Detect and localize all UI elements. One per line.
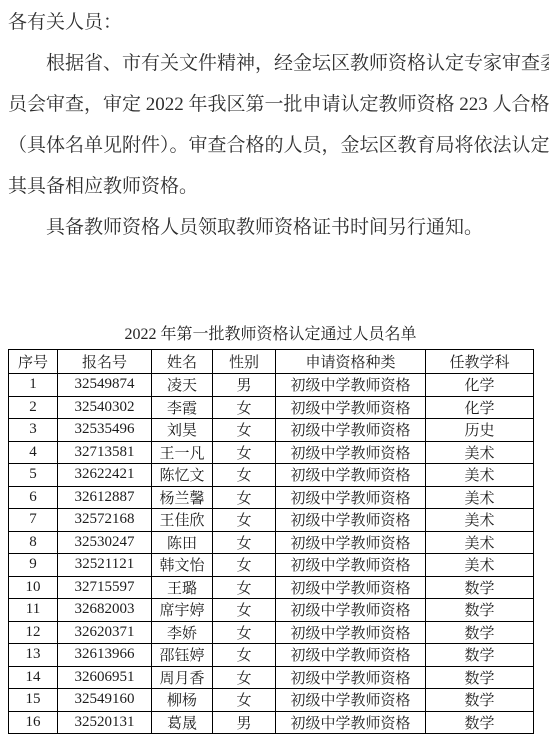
table-cell: 6 <box>9 486 58 509</box>
table-cell: 初级中学教师资格 <box>276 419 426 442</box>
table-cell: 周月香 <box>152 666 213 689</box>
table-row: 732572168王佳欣女初级中学教师资格美术 <box>9 509 534 532</box>
table-cell: 32715597 <box>58 576 152 599</box>
table-cell: 李娇 <box>152 621 213 644</box>
table-cell: 凌天 <box>152 374 213 397</box>
table-cell: 32606951 <box>58 666 152 689</box>
body-line: （具体名单见附件）。审查合格的人员，金坛区教育局将依法认定 <box>8 125 549 166</box>
table-cell: 女 <box>213 576 276 599</box>
table-cell: 女 <box>213 419 276 442</box>
table-cell: 32520131 <box>58 711 152 734</box>
body-line: 具备教师资格人员领取教师资格证书时间另行通知。 <box>8 207 549 248</box>
table-cell: 王一凡 <box>152 441 213 464</box>
table-cell: 32620371 <box>58 621 152 644</box>
table-cell: 初级中学教师资格 <box>276 486 426 509</box>
table-cell: 32540302 <box>58 396 152 419</box>
table-cell: 13 <box>9 644 58 667</box>
table-cell: 初级中学教师资格 <box>276 599 426 622</box>
table-cell: 初级中学教师资格 <box>276 666 426 689</box>
table-cell: 王璐 <box>152 576 213 599</box>
table-row: 1332613966邵钰婷女初级中学教师资格数学 <box>9 644 534 667</box>
table-cell: 男 <box>213 374 276 397</box>
table-cell: 2 <box>9 396 58 419</box>
table-cell: 女 <box>213 689 276 712</box>
table-cell: 8 <box>9 531 58 554</box>
table-cell: 陈忆文 <box>152 464 213 487</box>
table-cell: 14 <box>9 666 58 689</box>
table-cell: 数学 <box>426 711 534 734</box>
table-cell: 11 <box>9 599 58 622</box>
table-title: 2022 年第一批教师资格认定通过人员名单 <box>8 321 533 344</box>
table-cell: 32549160 <box>58 689 152 712</box>
table-cell: 美术 <box>426 464 534 487</box>
header-teaching-subject: 任教学科 <box>426 350 534 374</box>
table-row: 232540302李霞女初级中学教师资格化学 <box>9 396 534 419</box>
table-cell: 1 <box>9 374 58 397</box>
table-cell: 杨兰馨 <box>152 486 213 509</box>
table-cell: 初级中学教师资格 <box>276 689 426 712</box>
table-cell: 初级中学教师资格 <box>276 711 426 734</box>
table-cell: 32549874 <box>58 374 152 397</box>
qualification-roster-table: 序号 报名号 姓名 性别 申请资格种类 任教学科 132549874凌天男初级中… <box>8 349 534 734</box>
table-header-row: 序号 报名号 姓名 性别 申请资格种类 任教学科 <box>9 350 534 374</box>
table-row: 1432606951周月香女初级中学教师资格数学 <box>9 666 534 689</box>
table-cell: 王佳欣 <box>152 509 213 532</box>
table-cell: 初级中学教师资格 <box>276 396 426 419</box>
table-cell: 化学 <box>426 374 534 397</box>
table-cell: 4 <box>9 441 58 464</box>
table-cell: 7 <box>9 509 58 532</box>
table-cell: 数学 <box>426 689 534 712</box>
table-cell: 5 <box>9 464 58 487</box>
notice-body: 各有关人员： 根据省、市有关文件精神，经金坛区教师资格认定专家审查委 员会审查，… <box>8 2 549 248</box>
table-cell: 32713581 <box>58 441 152 464</box>
table-cell: 美术 <box>426 554 534 577</box>
table-cell: 初级中学教师资格 <box>276 621 426 644</box>
header-serial-number: 序号 <box>9 350 58 374</box>
table-row: 1132682003席宇婷女初级中学教师资格数学 <box>9 599 534 622</box>
body-line: 员会审查，审定 2022 年我区第一批申请认定教师资格 223 人合格 <box>8 84 549 125</box>
table-cell: 初级中学教师资格 <box>276 509 426 532</box>
table-cell: 32613966 <box>58 644 152 667</box>
table-cell: 历史 <box>426 419 534 442</box>
table-cell: 女 <box>213 554 276 577</box>
table-row: 932521121韩文怡女初级中学教师资格美术 <box>9 554 534 577</box>
table-row: 132549874凌天男初级中学教师资格化学 <box>9 374 534 397</box>
document-page: { "colors": { "background": "#ffffff", "… <box>0 0 549 737</box>
table-cell: 席宇婷 <box>152 599 213 622</box>
table-cell: 李霞 <box>152 396 213 419</box>
table-row: 1532549160柳杨女初级中学教师资格数学 <box>9 689 534 712</box>
table-cell: 32622421 <box>58 464 152 487</box>
table-cell: 数学 <box>426 599 534 622</box>
table-cell: 女 <box>213 666 276 689</box>
header-gender: 性别 <box>213 350 276 374</box>
table-cell: 16 <box>9 711 58 734</box>
table-cell: 32612887 <box>58 486 152 509</box>
table-cell: 初级中学教师资格 <box>276 374 426 397</box>
table-cell: 数学 <box>426 644 534 667</box>
table-cell: 10 <box>9 576 58 599</box>
table-cell: 32682003 <box>58 599 152 622</box>
table-row: 832530247陈田女初级中学教师资格美术 <box>9 531 534 554</box>
table-cell: 女 <box>213 599 276 622</box>
table-cell: 数学 <box>426 621 534 644</box>
table-cell: 初级中学教师资格 <box>276 554 426 577</box>
table-cell: 初级中学教师资格 <box>276 576 426 599</box>
table-cell: 女 <box>213 531 276 554</box>
table-cell: 数学 <box>426 666 534 689</box>
table-cell: 美术 <box>426 441 534 464</box>
table-cell: 美术 <box>426 509 534 532</box>
table-cell: 32521121 <box>58 554 152 577</box>
table-row: 1632520131葛晟男初级中学教师资格数学 <box>9 711 534 734</box>
table-cell: 初级中学教师资格 <box>276 531 426 554</box>
table-row: 532622421陈忆文女初级中学教师资格美术 <box>9 464 534 487</box>
table-row: 432713581王一凡女初级中学教师资格美术 <box>9 441 534 464</box>
table-cell: 女 <box>213 486 276 509</box>
body-line: 根据省、市有关文件精神，经金坛区教师资格认定专家审查委 <box>8 43 549 84</box>
body-line: 其具备相应教师资格。 <box>8 166 549 207</box>
table-cell: 美术 <box>426 486 534 509</box>
table-cell: 刘昊 <box>152 419 213 442</box>
table-cell: 化学 <box>426 396 534 419</box>
table-cell: 葛晟 <box>152 711 213 734</box>
header-name: 姓名 <box>152 350 213 374</box>
table-cell: 女 <box>213 644 276 667</box>
table-row: 1032715597王璐女初级中学教师资格数学 <box>9 576 534 599</box>
table-row: 332535496刘昊女初级中学教师资格历史 <box>9 419 534 442</box>
table-cell: 女 <box>213 464 276 487</box>
table-cell: 32572168 <box>58 509 152 532</box>
table-cell: 美术 <box>426 531 534 554</box>
table-cell: 女 <box>213 441 276 464</box>
table-cell: 女 <box>213 509 276 532</box>
header-qualification-type: 申请资格种类 <box>276 350 426 374</box>
table-cell: 初级中学教师资格 <box>276 441 426 464</box>
table-row: 632612887杨兰馨女初级中学教师资格美术 <box>9 486 534 509</box>
table-cell: 15 <box>9 689 58 712</box>
header-registration-number: 报名号 <box>58 350 152 374</box>
table-cell: 32535496 <box>58 419 152 442</box>
table-cell: 女 <box>213 396 276 419</box>
table-row: 1232620371李娇女初级中学教师资格数学 <box>9 621 534 644</box>
table-cell: 初级中学教师资格 <box>276 644 426 667</box>
table-body: 132549874凌天男初级中学教师资格化学232540302李霞女初级中学教师… <box>9 374 534 734</box>
table-cell: 陈田 <box>152 531 213 554</box>
table-cell: 柳杨 <box>152 689 213 712</box>
table-cell: 邵钰婷 <box>152 644 213 667</box>
salutation-line: 各有关人员： <box>8 2 549 43</box>
table-cell: 32530247 <box>58 531 152 554</box>
table-cell: 韩文怡 <box>152 554 213 577</box>
table-cell: 数学 <box>426 576 534 599</box>
table-cell: 12 <box>9 621 58 644</box>
table-cell: 3 <box>9 419 58 442</box>
table-cell: 女 <box>213 621 276 644</box>
table-cell: 初级中学教师资格 <box>276 464 426 487</box>
table-cell: 男 <box>213 711 276 734</box>
table-cell: 9 <box>9 554 58 577</box>
